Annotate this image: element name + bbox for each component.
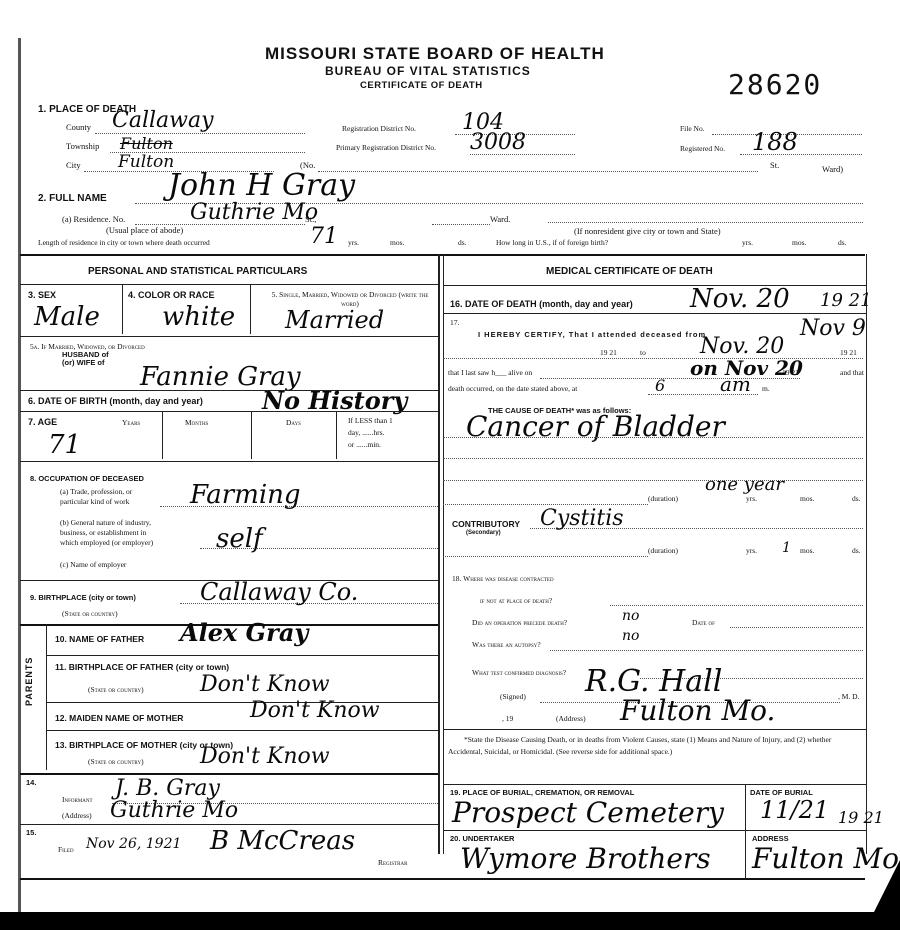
personal-section-title: PERSONAL AND STATISTICAL PARTICULARS bbox=[88, 266, 307, 277]
primary-district-label: Primary Registration District No. bbox=[336, 143, 436, 152]
primary-district-value: 3008 bbox=[470, 130, 526, 155]
how-long-label: How long in U.S., if of foreign birth? bbox=[496, 238, 608, 247]
mos-label: mos. bbox=[390, 238, 404, 247]
employer-label: (c) Name of employer bbox=[60, 560, 126, 569]
contrib-duration-mos: 1 bbox=[782, 540, 791, 556]
race-value: white bbox=[162, 302, 235, 332]
undertaker-value: Wymore Brothers bbox=[460, 842, 711, 875]
certify-num: 17. bbox=[450, 318, 459, 327]
marital-value: Married bbox=[285, 306, 384, 334]
certify-text: I HEREBY CERTIFY, That I attended deceas… bbox=[478, 330, 706, 339]
length-residence-label: Length of residence in city or town wher… bbox=[38, 238, 210, 247]
contributory-value: Cystitis bbox=[540, 506, 624, 531]
contributory-label: CONTRIBUTORY bbox=[452, 519, 520, 529]
registrar-label: Registrar bbox=[378, 858, 407, 867]
contrib-ds: ds. bbox=[852, 546, 861, 555]
secondary-label: (Secondary) bbox=[466, 530, 501, 536]
signed-label: (Signed) bbox=[500, 692, 526, 701]
cause-value: Cancer of Bladder bbox=[466, 410, 725, 443]
residence-value: Guthrie Mo bbox=[190, 200, 318, 225]
cause-duration-value: one year bbox=[705, 474, 784, 495]
city-label: City bbox=[66, 160, 81, 170]
md-label: , M. D. bbox=[838, 692, 859, 701]
duration-yrs: yrs. bbox=[746, 494, 757, 503]
occupation-label: 8. OCCUPATION OF DECEASED bbox=[30, 474, 144, 483]
industry-label-1: (b) General nature of industry, bbox=[60, 518, 151, 527]
m-label: m. bbox=[762, 384, 770, 393]
operation-value: no bbox=[622, 608, 639, 624]
residence-st-label: St., bbox=[305, 214, 316, 224]
ds-label: ds. bbox=[458, 238, 467, 247]
informant-num: 14. bbox=[26, 778, 36, 787]
spouse-label-3: (or) WIFE of bbox=[62, 358, 105, 367]
birthplace-value: Callaway Co. bbox=[200, 578, 358, 606]
township-label: Township bbox=[66, 141, 99, 151]
contrib-duration-label: (duration) bbox=[648, 546, 678, 555]
document-title: MISSOURI STATE BOARD OF HEALTH bbox=[265, 44, 605, 64]
last-saw-label: that I last saw h___ alive on bbox=[448, 368, 532, 377]
industry-label-2: business, or establishment in bbox=[60, 528, 146, 537]
race-label: 4. COLOR OR RACE bbox=[128, 290, 215, 300]
scan-corner-shadow bbox=[870, 860, 900, 920]
attended-from-value: Nov 9 bbox=[800, 316, 866, 341]
contrib-yrs: yrs. bbox=[746, 546, 757, 555]
last-saw-year: 19 21 bbox=[782, 368, 799, 377]
father-birthplace-value: Don't Know bbox=[200, 672, 330, 697]
scan-bottom-border bbox=[0, 912, 900, 930]
ds-label-2: ds. bbox=[838, 238, 847, 247]
duration-ds: ds. bbox=[852, 494, 861, 503]
registrar-signature: B McCreas bbox=[210, 826, 355, 856]
to-label: to bbox=[640, 348, 646, 357]
age-years-value: 71 bbox=[48, 430, 81, 460]
st-label: St. bbox=[770, 160, 779, 170]
filed-date: Nov 26, 1921 bbox=[86, 836, 181, 852]
duration-mos: mos. bbox=[800, 494, 814, 503]
county-value: Callaway bbox=[112, 108, 214, 133]
mother-value: Don't Know bbox=[250, 698, 380, 723]
attended-from-year: 19 21 bbox=[600, 348, 617, 357]
city-value: Fulton bbox=[118, 152, 174, 172]
time-value: 6 bbox=[655, 376, 665, 395]
certificate-title: CERTIFICATE OF DEATH bbox=[360, 80, 483, 91]
birthplace-state-label: (State or country) bbox=[62, 609, 118, 618]
dob-label: 6. DATE OF BIRTH (month, day and year) bbox=[28, 396, 203, 406]
bureau-title: BUREAU OF VITAL STATISTICS bbox=[325, 64, 531, 78]
autopsy-value: no bbox=[622, 628, 639, 644]
autopsy-label: Was there an autopsy? bbox=[472, 640, 541, 649]
file-no-label: File No. bbox=[680, 124, 705, 133]
father-value: Alex Gray bbox=[180, 618, 308, 647]
yrs-label: yrs. bbox=[348, 238, 359, 247]
attended-to-year: 19 21 bbox=[840, 348, 857, 357]
nonresident-note: (If nonresident give city or town and St… bbox=[574, 226, 721, 236]
sex-value: Male bbox=[34, 302, 100, 332]
date-of-death-year: 19 21 bbox=[820, 290, 872, 311]
yrs-label-2: yrs. bbox=[742, 238, 753, 247]
residence-label: (a) Residence. No. bbox=[62, 214, 125, 224]
years-label: Years bbox=[122, 418, 140, 427]
township-value: Fulton bbox=[120, 134, 173, 153]
trade-label-1: (a) Trade, profession, or bbox=[60, 487, 132, 496]
informant-label: Informant bbox=[62, 795, 93, 804]
informant-address-value: Guthrie Mo bbox=[110, 798, 238, 823]
filed-label: Filed bbox=[58, 845, 74, 854]
burial-date-value: 11/21 bbox=[760, 796, 829, 824]
reg-district-label: Registration District No. bbox=[342, 124, 416, 133]
document-left-edge bbox=[18, 38, 21, 918]
sex-label: 3. SEX bbox=[28, 290, 56, 300]
year-19-label: , 19 bbox=[502, 714, 513, 723]
length-residence-value: 71 bbox=[310, 224, 338, 249]
informant-address-label: (Address) bbox=[62, 811, 92, 820]
trade-value: Farming bbox=[190, 480, 301, 510]
minutes-label: or ......min. bbox=[348, 440, 381, 449]
father-label: 10. NAME OF FATHER bbox=[55, 634, 144, 644]
date-of-death-value: Nov. 20 bbox=[690, 284, 790, 314]
burial-place-value: Prospect Cemetery bbox=[452, 796, 724, 829]
contrib-mos: mos. bbox=[800, 546, 814, 555]
burial-date-year: 19 21 bbox=[838, 808, 884, 827]
registered-no-value: 188 bbox=[752, 128, 798, 156]
less-than-day-label: If LESS than 1 bbox=[348, 416, 393, 425]
father-birthplace-state-label: (State or country) bbox=[88, 685, 144, 694]
days-label: Days bbox=[286, 418, 301, 427]
mother-birthplace-state-label: (State or country) bbox=[88, 757, 144, 766]
test-confirmed-label: What test confirmed diagnosis? bbox=[472, 668, 566, 677]
duration-label: (duration) bbox=[648, 494, 678, 503]
operation-date-label: Date of bbox=[692, 618, 715, 627]
date-of-death-label: 16. DATE OF DEATH (month, day and year) bbox=[450, 299, 633, 309]
hours-label: day, ......hrs. bbox=[348, 428, 384, 437]
county-label: County bbox=[66, 122, 91, 132]
filed-num: 15. bbox=[26, 828, 36, 837]
parents-side-label: PARENTS bbox=[24, 657, 34, 706]
industry-value: self bbox=[216, 524, 263, 554]
father-birthplace-label: 11. BIRTHPLACE OF FATHER (city or town) bbox=[55, 662, 229, 672]
usual-place-note: (Usual place of abode) bbox=[106, 225, 183, 235]
industry-label-3: which employed (or employer) bbox=[60, 538, 153, 547]
death-occurred-label: death occurred, on the date stated above… bbox=[448, 384, 577, 393]
months-label: Months bbox=[185, 418, 208, 427]
registered-no-label: Registered No. bbox=[680, 144, 725, 153]
birthplace-label: 9. BIRTHPLACE (city or town) bbox=[30, 593, 136, 602]
operation-label: Did an operation precede death? bbox=[472, 618, 567, 627]
full-name-label: 2. FULL NAME bbox=[38, 193, 107, 204]
footnote: *State the Disease Causing Death, or in … bbox=[448, 734, 860, 758]
trade-label-2: particular kind of work bbox=[60, 497, 129, 506]
mother-label: 12. MAIDEN NAME OF MOTHER bbox=[55, 713, 183, 723]
and-that-label: and that bbox=[840, 368, 864, 377]
not-at-place-label: if not at place of death? bbox=[480, 596, 552, 605]
where-contracted-label: 18. Where was disease contracted bbox=[452, 574, 554, 583]
ampm-value: am bbox=[720, 372, 751, 396]
ward-label: Ward) bbox=[822, 164, 843, 174]
physician-address-label: (Address) bbox=[556, 714, 586, 723]
certificate-number: 28620 bbox=[728, 68, 822, 101]
mos-label-2: mos. bbox=[792, 238, 806, 247]
full-name-value: John H Gray bbox=[168, 168, 355, 203]
residence-ward-label: Ward. bbox=[490, 214, 510, 224]
medical-section-title: MEDICAL CERTIFICATE OF DEATH bbox=[546, 266, 713, 277]
age-label: 7. AGE bbox=[28, 417, 57, 427]
mother-birthplace-value: Don't Know bbox=[200, 744, 330, 769]
physician-address-value: Fulton Mo. bbox=[620, 694, 775, 727]
